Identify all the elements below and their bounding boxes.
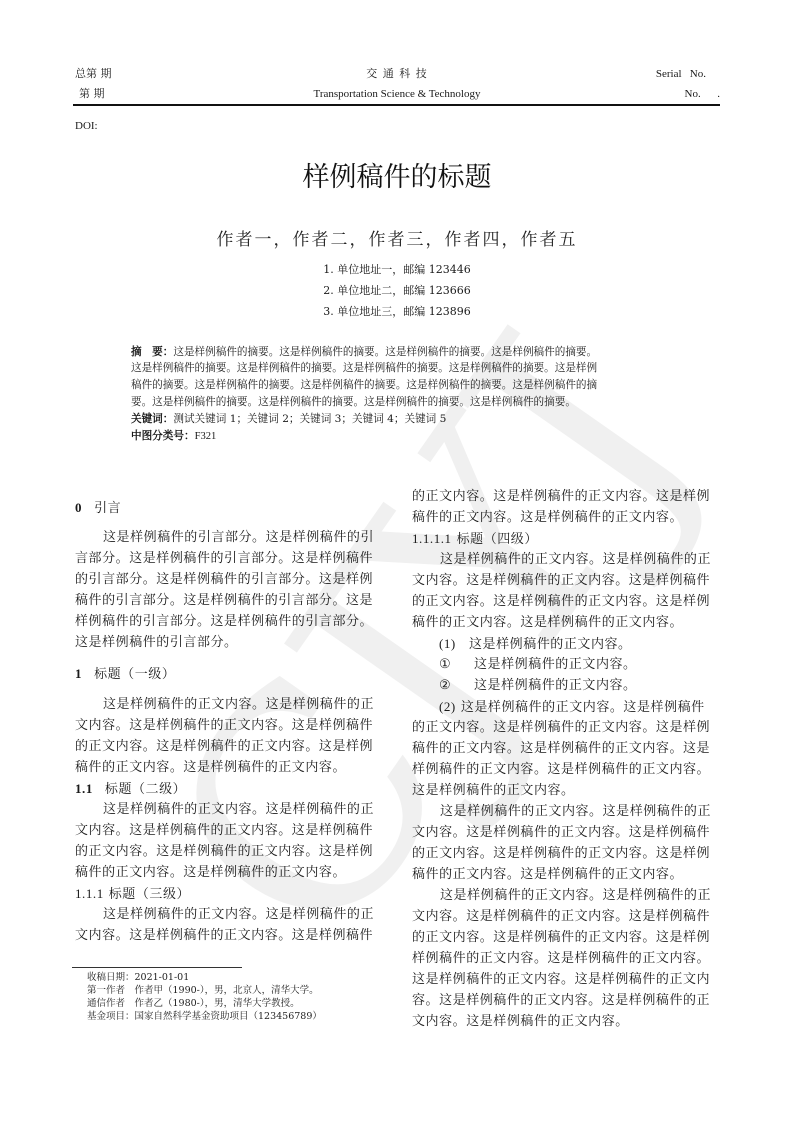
abstract-line: 稿件的摘要。这是样例稿件的摘要。这是样例稿件的摘要。这是样例稿件的摘要。这是样例…: [131, 378, 597, 392]
header-no: No. .: [685, 87, 720, 101]
paragraph-line: 稿件的正文内容。这是样例稿件的正文内容。: [75, 863, 346, 884]
paragraph-line: 的正文内容。这是样例稿件的正文内容。这是样例: [75, 737, 373, 758]
paragraph-line: 文内容。这是样例稿件的正文内容。这是样例稿件: [75, 716, 373, 737]
header-rule: [73, 104, 720, 106]
paragraph-line: 这是样例稿件的正文内容。这是样例稿件的正: [440, 550, 711, 571]
paragraph-line: 文内容。这是样例稿件的正文内容。这是样例稿件: [412, 571, 710, 592]
section-title: 标题（四级）: [457, 532, 538, 547]
paragraph-line: 样例稿件的正文内容。这是样例稿件的正文内容。: [412, 949, 710, 970]
paragraph-line: 稿件的正文内容。这是样例稿件的正文内容。: [412, 865, 683, 886]
section-heading-1-1-1: 1.1.1标题（三级）: [75, 884, 190, 906]
footnote-funding: 基金项目：国家自然科学基金资助项目（123456789）: [87, 1011, 322, 1024]
footnote-corresponding-author: 通信作者 作者乙（1980-），男，清华大学教授。: [87, 998, 300, 1011]
abstract-line: 这是样例稿件的摘要。这是样例稿件的摘要。这是样例稿件的摘要。这是样例稿件的摘要。…: [131, 361, 597, 375]
list-text: 这是样例稿件的正文内容。: [474, 678, 637, 693]
journal-name-en: Transportation Science & Technology: [0, 87, 794, 101]
list-marker: ②: [439, 676, 474, 697]
affiliation-3: 3. 单位地址三，邮编 123896: [0, 305, 794, 319]
list-text: 这是样例稿件的正文内容。: [469, 637, 632, 652]
paragraph-line: 言部分。这是样例稿件的引言部分。这是样例稿件: [75, 549, 373, 570]
section-heading-1-1: 1.1标题（二级）: [75, 779, 186, 801]
section-number: 1.1.1: [75, 886, 104, 901]
paragraph-line: 样例稿件的正文内容。这是样例稿件的正文内容。: [412, 760, 710, 781]
section-title: 引言: [94, 501, 121, 516]
affiliation-1: 1. 单位地址一，邮编 123446: [0, 263, 794, 277]
list-item: (1)这是样例稿件的正文内容。: [439, 634, 632, 656]
paragraph-line: 稿件的引言部分。这是样例稿件的引言部分。这是: [75, 591, 373, 612]
paragraph-line: 的正文内容。这是样例稿件的正文内容。这是样例: [412, 487, 710, 508]
paragraph-line: 的正文内容。这是样例稿件的正文内容。这是样例: [412, 844, 710, 865]
header-serial-no: Serial No.: [656, 67, 706, 81]
affiliation-2: 2. 单位地址二，邮编 123666: [0, 284, 794, 298]
list-marker: (2): [439, 699, 456, 714]
abstract-line: 这是样例稿件的摘要。这是样例稿件的摘要。这是样例稿件的摘要。这是样例稿件的摘要。: [173, 346, 597, 358]
list-text: 这是样例稿件的正文内容。: [474, 657, 637, 672]
paragraph-line: 的正文内容。这是样例稿件的正文内容。这是样例: [412, 592, 710, 613]
paragraph-line: 的正文内容。这是样例稿件的正文内容。这是样例: [412, 928, 710, 949]
paragraph-line: 的正文内容。这是样例稿件的正文内容。这是样例: [75, 842, 373, 863]
clc-number: F321: [195, 431, 217, 442]
section-heading-1: 1标题（一级）: [75, 664, 175, 686]
paragraph-line: 文内容。这是样例稿件的正文内容。这是样例稿件: [75, 926, 373, 947]
list-item: ②这是样例稿件的正文内容。: [439, 676, 637, 697]
list-item: ①这是样例稿件的正文内容。: [439, 655, 637, 676]
section-number: 1.1.1.1: [412, 531, 452, 546]
section-title: 标题（三级）: [109, 887, 190, 902]
paragraph-line: 这是样例稿件的引言部分。这是样例稿件的引: [103, 528, 374, 549]
paragraph-line: 的正文内容。这是样例稿件的正文内容。这是样例: [412, 718, 710, 739]
keywords: 测试关键词 1；关键词 2；关键词 3；关键词 4；关键词 5: [173, 413, 446, 425]
paragraph-line: 文内容。这是样例稿件的正文内容。这是样例稿件: [75, 821, 373, 842]
section-heading-1-1-1-1: 1.1.1.1标题（四级）: [412, 529, 538, 551]
list-item-2: (2)这是样例稿件的正文内容。这是样例稿件: [439, 697, 705, 719]
paragraph-line: 这是样例稿件的正文内容。这是样例稿件的正文内: [412, 970, 710, 991]
paragraph-line: 稿件的正文内容。这是样例稿件的正文内容。: [412, 613, 683, 634]
paragraph-line: 这是样例稿件的正文内容。: [412, 781, 575, 802]
paragraph-line: 的引言部分。这是样例稿件的引言部分。这是样例: [75, 570, 373, 591]
paragraph-line: 这是样例稿件的正文内容。这是样例稿件的正: [103, 695, 374, 716]
list-marker: ①: [439, 655, 474, 676]
paragraph-line: 这是样例稿件的正文内容。这是样例稿件的正: [103, 905, 374, 926]
paragraph-line: 文内容。这是样例稿件的正文内容。: [412, 1012, 629, 1033]
section-title: 标题（二级）: [105, 782, 186, 797]
paragraph-line: 这是样例稿件的正文内容。这是样例稿件: [461, 700, 705, 715]
author-list: 作者一，作者二，作者三，作者四，作者五: [0, 229, 794, 251]
paragraph-line: 这是样例稿件的正文内容。这是样例稿件的正: [440, 802, 711, 823]
footnote-first-author: 第一作者 作者甲（1990-），男，北京人，清华大学。: [87, 985, 319, 998]
paper-title: 样例稿件的标题: [0, 161, 794, 195]
footnote-rule: [72, 967, 242, 968]
paragraph-line: 容。这是样例稿件的正文内容。这是样例稿件的正: [412, 991, 710, 1012]
paragraph-line: 稿件的正文内容。这是样例稿件的正文内容。这是: [412, 739, 710, 760]
section-number: 1: [75, 666, 82, 681]
clc-label: 中图分类号：: [131, 430, 195, 442]
paragraph-line: 稿件的正文内容。这是样例稿件的正文内容。: [412, 508, 683, 529]
paragraph-line: 这是样例稿件的正文内容。这是样例稿件的正: [103, 800, 374, 821]
keywords-label: 关键词：: [131, 413, 173, 425]
paragraph-line: 文内容。这是样例稿件的正文内容。这是样例稿件: [412, 907, 710, 928]
footnote-received-date: 收稿日期：2021-01-01: [87, 972, 189, 985]
paragraph-line: 样例稿件的引言部分。这是样例稿件的引言部分。: [75, 612, 373, 633]
section-number: 0: [75, 500, 82, 515]
paragraph-line: 这是样例稿件的引言部分。: [75, 633, 238, 654]
section-number: 1.1: [75, 781, 93, 796]
section-heading-0: 0引言: [75, 498, 121, 520]
section-title: 标题（一级）: [94, 667, 175, 682]
doi-label: DOI:: [75, 119, 98, 133]
abstract-line: 要。这是样例稿件的摘要。这是样例稿件的摘要。这是样例稿件的摘要。这是样例稿件的摘…: [131, 395, 576, 409]
paragraph-line: 稿件的正文内容。这是样例稿件的正文内容。: [75, 758, 346, 779]
list-marker: (1): [439, 634, 469, 655]
paragraph-line: 文内容。这是样例稿件的正文内容。这是样例稿件: [412, 823, 710, 844]
paragraph-line: 这是样例稿件的正文内容。这是样例稿件的正: [440, 886, 711, 907]
abstract-label: 摘 要：: [131, 346, 173, 358]
